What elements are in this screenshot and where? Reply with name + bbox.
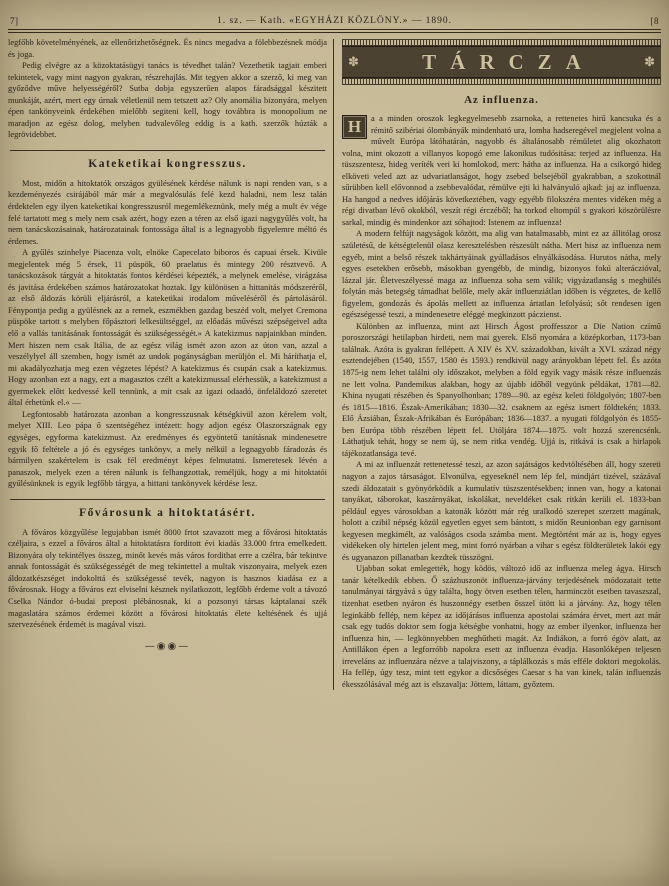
paragraph: Pedig elvégre az a közoktatásügyi tanács… [8,60,327,141]
paragraph: A gyűlés szinhelye Piacenza volt, elnöke… [8,247,327,409]
page-number-left: 7] [10,16,50,26]
section-fovarosunk-body: A főváros közgyűlése legujabban ismét 80… [8,527,327,631]
banner-title: TÁRCZA [359,50,644,75]
flower-ornament-right-icon: ✽ [644,55,655,70]
article-heading: Az influenza. [342,94,661,106]
end-ornament-icon: —◉◉— [8,641,327,652]
section-heading-fovarosunk: Fővárosunk a hitoktatásért. [8,507,327,519]
paragraph: Legfontosabb határozata azonban a kongre… [8,409,327,490]
paragraph: legfőbb követelményének, az ellenőrizhet… [8,37,327,60]
paragraph: A modern felfújt nagyságok között, ma al… [342,228,661,320]
drop-cap-initial: H [342,115,367,139]
intro-article-continuation: legfőbb követelményének, az ellenőrizhet… [8,37,327,141]
page-number-right: [8 [619,16,659,26]
newspaper-page: 7] 1. sz. — Kath. «EGYHÁZI KÖZLÖNY.» — 1… [0,0,669,886]
banner-hatch-top [342,39,661,46]
paragraph: Ujabban sokat emlegették, hogy ködös, vá… [342,563,661,690]
banner-core: ✽ TÁRCZA ✽ [342,46,661,78]
paragraph: A főváros közgyűlése legujabban ismét 80… [8,527,327,631]
right-column: ✽ TÁRCZA ✽ Az influenza. Ha a minden oro… [334,37,661,690]
section-heading-katekatikai: Kateketikai kongresszus. [8,158,327,170]
flower-ornament-left-icon: ✽ [348,55,359,70]
paragraph: Most, midőn a hitoktatók országos gyülés… [8,178,327,247]
banner-hatch-bottom [342,78,661,85]
columns: legfőbb követelményének, az ellenőrizhet… [0,33,669,690]
section-rule [10,499,325,500]
section-katekatikai-body: Most, midőn a hitoktatók országos gyülés… [8,178,327,490]
article-lead-paragraph: Ha a minden oroszok legkegyelmesebb zsar… [342,113,661,228]
section-rule [10,150,325,151]
paragraph: Különben az influenza, mint azt Hirsch Á… [342,321,661,460]
tarcza-banner: ✽ TÁRCZA ✽ [342,39,661,85]
journal-masthead: 1. sz. — Kath. «EGYHÁZI KÖZLÖNY.» — 1890… [50,16,619,26]
lead-text: a a minden oroszok legkegyelmesebb zsarn… [342,113,661,227]
left-column: legfőbb követelményének, az ellenőrizhet… [8,37,333,690]
paragraph: A mi az influenzát rettenetessé teszi, a… [342,459,661,563]
article-body: A modern felfújt nagyságok között, ma al… [342,228,661,690]
page-header: 7] 1. sz. — Kath. «EGYHÁZI KÖZLÖNY.» — 1… [0,0,669,29]
